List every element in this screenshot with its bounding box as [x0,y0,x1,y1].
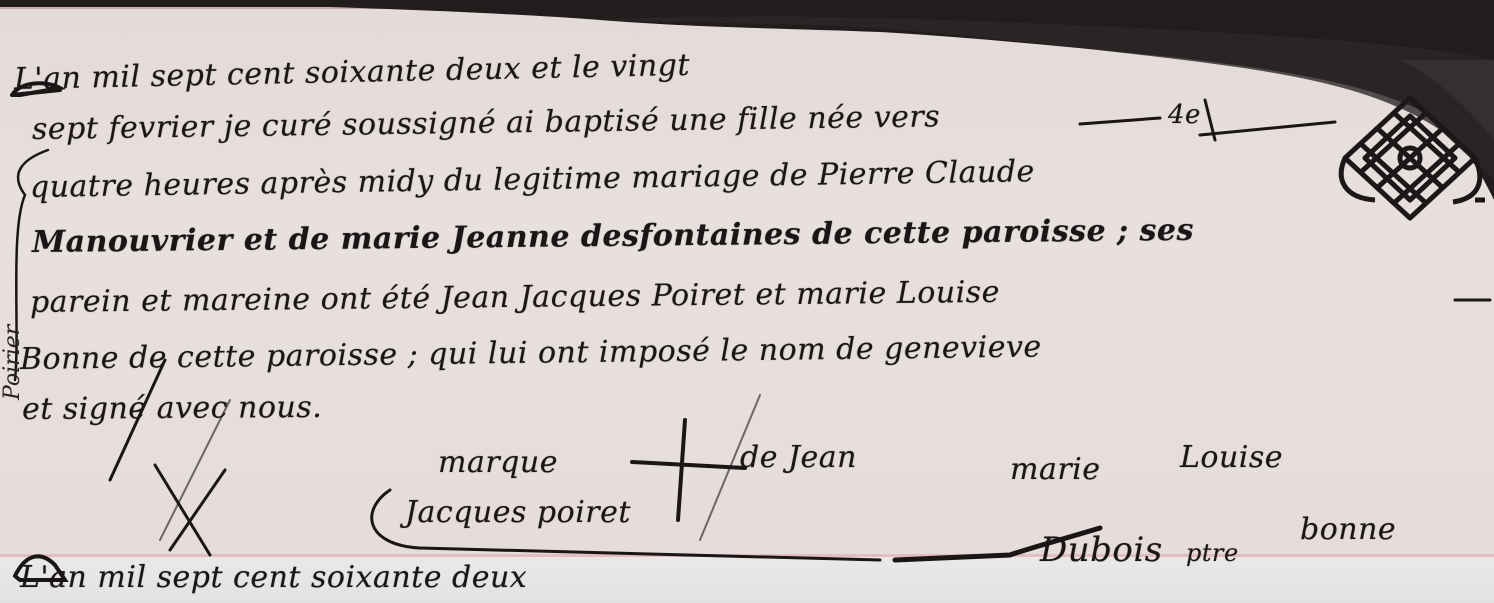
signature-jacques-poiret: Jacques poiret [405,495,631,530]
signature-dubois: Dubois ptre [1040,530,1239,570]
document-page: Poirier L'an mil sept cent soixante deux… [0,0,1494,603]
tint-divider-bottom [0,554,1494,557]
signature-dubois-title: ptre [1186,539,1239,567]
signature-dubois-name: Dubois [1040,530,1163,570]
insertion-mark: 4e [1168,100,1201,130]
tint-divider-top [0,7,1494,9]
signature-louise: Louise [1180,440,1283,475]
scan-top-border [0,0,1494,7]
next-entry-start: L'an mil sept cent soixante deux [20,560,527,595]
signature-marie: marie [1010,452,1101,487]
signature-bonne: bonne [1300,512,1396,547]
signature-mark-of: de Jean [740,440,857,475]
knotwork-ornament-icon [1335,80,1485,230]
text-line-7: et signé avec nous. [22,390,322,427]
signature-mark-label: marque [438,445,558,480]
